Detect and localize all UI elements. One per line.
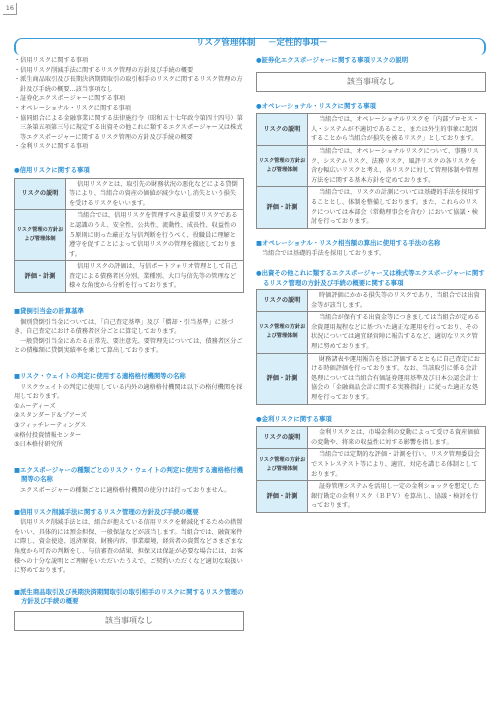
row-text: 財務諸表や運用報告を基に評価するとともに自己査定における時価評価を行っております…	[308, 353, 486, 404]
table-row: 評価・計測 証券管理システムを活用し一定の金利ショックを想定した銀行勘定の金利リ…	[257, 481, 486, 513]
topic-item: ・信用リスクに関する事項	[14, 56, 244, 66]
allowance-paragraph: 一般貸倒引当金にあたる正常先、要注意先、要管理先については、債務者区分ごとの債権…	[14, 337, 244, 356]
row-label: リスクの説明	[257, 427, 308, 449]
section-subtitle: －定性的事項－	[268, 36, 328, 48]
crm-heading: ■信用リスク削減手法に関するリスク管理の方針及び手続の概要	[14, 508, 244, 518]
table-row: リスクの説明 金利リスクとは、市場金利の変動によって受ける資産価値の変動や、将来…	[257, 427, 486, 449]
crm-text: 信用リスク削減手法とは、組合が抱えている信用リスクを軽減化するための措置をいい、…	[14, 518, 244, 576]
op-method-text: 当組合では基礎的手法を採用しております。	[256, 249, 486, 259]
topic-item: ・信用リスク削減手法に関するリスク管理の方針及び手続の概要	[14, 66, 244, 76]
securitization-none-box: 該当事項なし	[256, 72, 486, 92]
topic-item: ・協同組合による金融事業に関する法律施行令（昭和五十七年政令第四十四号）第三条第…	[14, 114, 244, 143]
exposure-types-text: エクスポージャーの種類ごとに適格格付機関の使分けは行っておりません。	[14, 486, 244, 496]
allowance-heading: ■貸倒引当金の計算基準	[14, 307, 244, 317]
row-text: 当組合では、オペレーショナルリスクを「内部プロセス・人・システムが不適切であるこ…	[308, 114, 486, 146]
derivatives-heading: ■派生商品取引及び長期決済期間取引の取引相手のリスクに関するリスク管理の方針及び…	[14, 588, 244, 607]
operational-risk-table: リスクの説明 当組合では、オペレーショナルリスクを「内部プロセス・人・システムが…	[256, 113, 486, 229]
row-label: リスクの説明	[257, 290, 308, 312]
rating-agency-item: ④格付投資情報センター	[14, 431, 244, 441]
op-method-heading: ■オペレーショナル・リスク相当額の算出に使用する手法の名称	[256, 239, 486, 249]
credit-risk-heading: ●信用リスクに関する事項	[14, 166, 244, 176]
section-title: リスク管理体制	[196, 36, 255, 48]
row-text: 当組合では、信用リスクを管理すべき最重要リスクであると認識のうえ、安全性、公共性…	[66, 210, 244, 261]
securitization-heading: ●証券化エクスポージャーに関する事項リスクの説明	[256, 56, 486, 66]
row-label: 評価・計測	[257, 187, 308, 228]
right-column: ●証券化エクスポージャーに関する事項リスクの説明 該当事項なし ●オペレーショナ…	[256, 56, 486, 513]
rating-agency-item: ①ムーディーズ	[14, 402, 244, 412]
allowance-paragraph: 個別貸倒引当金については、「自己査定基準」及び「償却・引当基準」に基づき、自己査…	[14, 318, 244, 337]
row-text: 当組合では、リスクの計測については基礎的手法を採用することとし、体制を整備してお…	[308, 187, 486, 228]
row-label: 評価・計測	[257, 353, 308, 404]
row-label: 評価・計測	[15, 261, 66, 293]
exposure-types-heading: ■エクスポージャーの種類ごとのリスク・ウェイトの判定に使用する適格格付機関等の名…	[14, 466, 244, 485]
topic-item: ・派生商品取引及び長期決済期間取引の取引相手のリスクに関するリスク管理の方針及び…	[14, 75, 244, 94]
table-row: 評価・計測 当組合では、リスクの計測については基礎的手法を採用することとし、体制…	[257, 187, 486, 228]
rating-agency-item: ②スタンダード＆プアーズ	[14, 411, 244, 421]
table-row: 評価・計測 信用リスクの評価は、与信ポートフォリオ管理として自己査定による債務者…	[15, 261, 244, 293]
table-row: 評価・計測 財務諸表や運用報告を基に評価するとともに自己査定における時価評価を行…	[257, 353, 486, 404]
rating-agency-item: ③フィッチレーティングス	[14, 421, 244, 431]
topic-item: ・金利リスクに関する事項	[14, 142, 244, 152]
row-label: 評価・計測	[257, 481, 308, 513]
topic-item: ・オペレーショナル・リスクに関する事項	[14, 104, 244, 114]
row-label: リスク管理の方針および管理体制	[257, 312, 308, 353]
interest-heading: ●金利リスクに関する事項	[256, 415, 486, 425]
row-label: リスクの説明	[257, 114, 308, 146]
row-label: リスク管理の方針および管理体制	[257, 145, 308, 186]
row-text: 信用リスクとは、取引先の財務状況の悪化などによる貸倒等により、当組合の資産の価値…	[66, 178, 244, 210]
operational-heading: ●オペレーショナル・リスクに関する事項	[256, 102, 486, 112]
row-text: 金利リスクとは、市場金利の変動によって受ける資産価値の変動や、将来の収益性に対す…	[308, 427, 486, 449]
equity-heading: ●出資その他これに類するエクスポージャー又は株式等エクスポージャーに関するリスク…	[256, 269, 486, 288]
table-row: リスク管理の方針および管理体制 当組合では定期的な評価・計測を行い、リスク管理委…	[257, 449, 486, 481]
row-text: 当組合では、オペレーショナルリスクについて、事務リスク、システムリスク、法務リス…	[308, 145, 486, 186]
rating-agency-item: ⑤日本格付研究所	[14, 440, 244, 450]
table-row: リスク管理の方針および管理体制 当組合では、オペレーショナルリスクについて、事務…	[257, 145, 486, 186]
rating-agencies-intro: リスクウェイトの判定に使用している内外の適格格付機関は以下の格付機関を採用してお…	[14, 383, 244, 402]
row-label: リスク管理の方針および管理体制	[257, 449, 308, 481]
interest-risk-table: リスクの説明 金利リスクとは、市場金利の変動によって受ける資産価値の変動や、将来…	[256, 426, 486, 513]
row-text: 時価評価にかかる損失等のリスクであり、当組合では出資金等が該当します。	[308, 290, 486, 312]
derivatives-none-box: 該当事項なし	[14, 611, 244, 631]
table-row: リスク管理の方針および管理体制 当組合が保有する出資金等につきましては当組合が定…	[257, 312, 486, 353]
table-row: リスク管理の方針および管理体制 当組合では、信用リスクを管理すべき最重要リスクで…	[15, 210, 244, 261]
left-column: ・信用リスクに関する事項 ・信用リスク削減手法に関するリスク管理の方針及び手続の…	[14, 56, 244, 631]
equity-risk-table: リスクの説明 時価評価にかかる損失等のリスクであり、当組合では出資金等が該当しま…	[256, 289, 486, 405]
row-text: 当組合が保有する出資金等につきましては当組合が定める余資運用規程などに基づいた適…	[308, 312, 486, 353]
credit-risk-table: リスクの説明 信用リスクとは、取引先の財務状況の悪化などによる貸倒等により、当組…	[14, 178, 244, 294]
row-text: 当組合では定期的な評価・計測を行い、リスク管理委員会でストレステスト等により、適…	[308, 449, 486, 481]
table-row: リスクの説明 当組合では、オペレーショナルリスクを「内部プロセス・人・システムが…	[257, 114, 486, 146]
page-number: 16	[3, 3, 17, 15]
row-label: リスク管理の方針および管理体制	[15, 210, 66, 261]
topic-list: ・信用リスクに関する事項 ・信用リスク削減手法に関するリスク管理の方針及び手続の…	[14, 56, 244, 152]
topic-item: ・証券化エクスポージャーに関する事項	[14, 94, 244, 104]
table-row: リスクの説明 信用リスクとは、取引先の財務状況の悪化などによる貸倒等により、当組…	[15, 178, 244, 210]
rating-agencies-heading: ■リスク・ウェイトの判定に使用する適格格付機関等の名称	[14, 372, 244, 382]
row-label: リスクの説明	[15, 178, 66, 210]
row-text: 信用リスクの評価は、与信ポートフォリオ管理として自己査定による債務者区分別、業種…	[66, 261, 244, 293]
table-row: リスクの説明 時価評価にかかる損失等のリスクであり、当組合では出資金等が該当しま…	[257, 290, 486, 312]
row-text: 証券管理システムを活用し一定の金利ショックを想定した銀行勘定の金利リスク（ＢＰＶ…	[308, 481, 486, 513]
